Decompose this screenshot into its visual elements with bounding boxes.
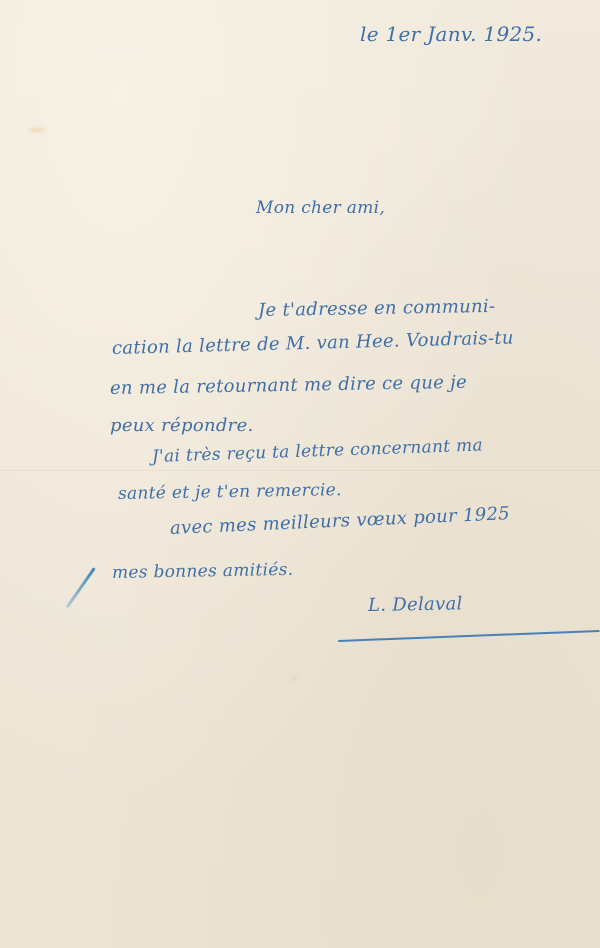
letter-body-line: avec mes meilleurs vœux pour 1925	[170, 503, 511, 539]
letter-body-line: Je t'adresse en communi-	[258, 296, 496, 321]
letter-body-line: en me la retournant me dire ce que je	[110, 372, 467, 399]
letter-date: le 1er Janv. 1925.	[360, 22, 542, 46]
paper-stain	[292, 676, 296, 680]
letter-body-line: mes bonnes amitiés.	[112, 560, 294, 583]
letter-body-line: J'ai très reçu ta lettre concernant ma	[152, 435, 484, 467]
letter-signature: L. Delaval	[368, 593, 463, 616]
signature-underline	[338, 630, 600, 642]
paper-fold-line	[0, 470, 600, 471]
letter-body-line: peux répondre.	[110, 415, 254, 436]
ink-stroke-mark	[66, 567, 96, 608]
letter-page: le 1er Janv. 1925. Mon cher ami, Je t'ad…	[0, 0, 600, 948]
paper-stain	[28, 128, 46, 132]
letter-body-line: cation la lettre de M. van Hee. Voudrais…	[112, 327, 514, 359]
letter-body-line: santé et je t'en remercie.	[118, 480, 342, 504]
letter-salutation: Mon cher ami,	[256, 198, 385, 218]
